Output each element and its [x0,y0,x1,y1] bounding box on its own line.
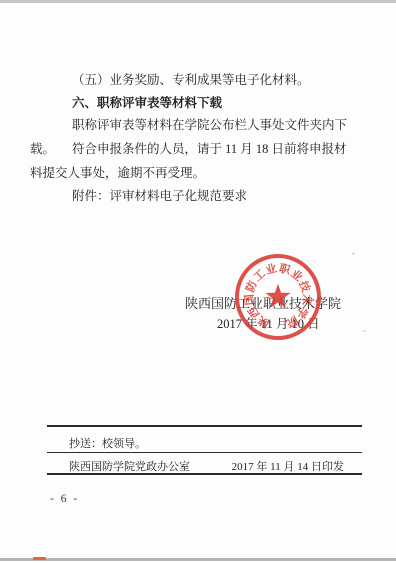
seal-star-icon [265,284,290,308]
scan-speck [352,252,355,255]
copy-to-line: 抄送：校领导。 [69,435,146,451]
official-seal: 陕西国防工业职业技术学院 [230,249,326,345]
seal-char: 术 [299,293,314,306]
footer-rule-bottom [47,473,362,475]
scan-edge-top [0,0,396,3]
list-item-5: （五）业务奖励、专利成果等电子化材料。 [30,68,358,92]
document-page: （五）业务奖励、专利成果等电子化材料。 六、职称评审表等材料下载 职称评审表等材… [0,0,396,563]
scan-speck-orange [33,557,46,560]
footer-rule-top [47,425,362,427]
attachment-line: 附件：评审材料电子化规范要求 [30,184,358,208]
issuer-row: 陕西国防学院党政办公室 2017 年 11 月 14 日印发 [47,458,362,474]
scan-speck [363,330,366,332]
page-number: - 6 - [50,493,79,505]
print-date: 2017 年 11 月 14 日印发 [232,458,344,474]
footer-rule-middle [47,452,362,453]
paragraph-deadline: 符合申报条件的人员，请于 11 月 18 日前将申报材料提交人事处，逾期不再受理… [30,137,358,185]
seal-stamp-graphic: 陕西国防工业职业技术学院 [230,249,326,345]
issuer-office: 陕西国防学院党政办公室 [69,458,190,474]
seal-char: 业 [264,261,278,277]
scan-edge-bottom [0,558,396,561]
seal-char: 国 [242,294,257,306]
section-heading-6: 六、职称评审表等材料下载 [30,91,358,115]
